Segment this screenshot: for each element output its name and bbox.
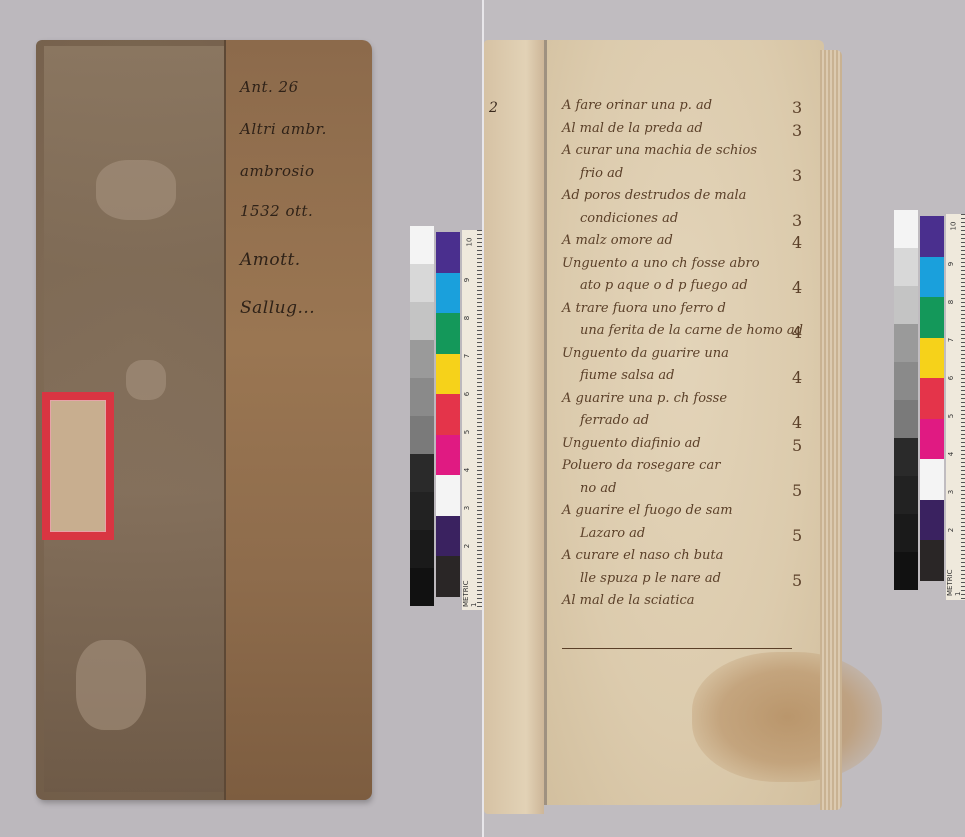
remedy-text: lle spuza p le nare ad: [580, 571, 721, 586]
shelf-label: [42, 392, 114, 540]
remedy-entry: Unguento da guarire una: [562, 346, 822, 369]
remedy-entry: Unguento diafinio ad5: [562, 436, 822, 459]
book-cover: Ant. 26 Altri ambr. ambrosio 1532 ott. A…: [36, 40, 370, 800]
folio-number: 5: [792, 526, 802, 545]
metric-ruler: 10 9 8 7 6 5 4 3 2 METRIC 1: [946, 214, 965, 600]
remedy-text: Unguento da guarire una: [562, 346, 729, 361]
remedy-entry: Unguento a uno ch fosse abro: [562, 256, 822, 279]
folio-number: 3: [792, 166, 802, 185]
remedy-entry: A curare el naso ch buta: [562, 548, 822, 571]
remedy-entry: una ferita de la carne de homo ad4: [562, 323, 822, 346]
remedy-entry: Lazaro ad5: [562, 526, 822, 549]
folio-number: 3: [792, 121, 802, 140]
remedy-text: frio ad: [580, 166, 623, 181]
remedy-entry: A trare fuora uno ferro d: [562, 301, 822, 324]
spine-inscription-line: Amott.: [240, 250, 301, 270]
margin-mark: 2: [489, 100, 498, 116]
remedy-entry: frio ad3: [562, 166, 822, 189]
remedy-text: A fare orinar una p. ad: [562, 98, 712, 113]
remedy-entry: condiciones ad3: [562, 211, 822, 234]
remedy-text: condiciones ad: [580, 211, 678, 226]
remedy-entry: Al mal de la sciatica: [562, 593, 822, 616]
remedy-text: Al mal de la sciatica: [562, 593, 695, 608]
color-calibration-chart: 10 9 8 7 6 5 4 3 2 METRIC 1: [894, 210, 965, 600]
remedy-text: A guarire una p. ch fosse: [562, 391, 727, 406]
shelf-label-inner: [50, 400, 106, 532]
folio-number: 4: [792, 233, 802, 252]
worn-patch: [96, 160, 176, 220]
folio-number: 5: [792, 436, 802, 455]
remedy-entry: A guarire una p. ch fosse: [562, 391, 822, 414]
worn-patch: [76, 640, 146, 730]
spine-inscription-line: Sallug...: [240, 298, 315, 318]
folio-number: 3: [792, 98, 802, 117]
remedy-entry: Ad poros destrudos de mala: [562, 188, 822, 211]
folio-number: 4: [792, 278, 802, 297]
remedy-text: Poluero da rosegare car: [562, 458, 720, 473]
color-calibration-chart: 10 9 8 7 6 5 4 3 2 METRIC 1: [410, 226, 482, 611]
left-photo-panel: Ant. 26 Altri ambr. ambrosio 1532 ott. A…: [0, 0, 482, 837]
remedy-index-list: A fare orinar una p. ad3Al mal de la pre…: [562, 98, 822, 616]
gray-scale-strip: [894, 210, 918, 590]
page-gutter: [544, 40, 547, 805]
remedy-entry: Al mal de la preda ad3: [562, 121, 822, 144]
remedy-entry: ferrado ad4: [562, 413, 822, 436]
remedy-text: ferrado ad: [580, 413, 649, 428]
remedy-entry: Poluero da rosegare car: [562, 458, 822, 481]
remedy-entry: A guarire el fuogo de sam: [562, 503, 822, 526]
worn-patch: [126, 360, 166, 400]
folio-number: 4: [792, 368, 802, 387]
cover-flap: Ant. 26 Altri ambr. ambrosio 1532 ott. A…: [224, 40, 372, 800]
metric-ruler: 10 9 8 7 6 5 4 3 2 METRIC 1: [462, 230, 484, 610]
page-edges: [820, 50, 842, 810]
facing-page-edge: [484, 40, 544, 814]
remedy-text: A curare el naso ch buta: [562, 548, 723, 563]
color-patch-strip: [436, 232, 460, 597]
remedy-text: Lazaro ad: [580, 526, 645, 541]
remedy-text: A curar una machia de schios: [562, 143, 757, 158]
folio-number: 4: [792, 413, 802, 432]
spine-inscription-line: Ant. 26: [240, 78, 299, 96]
spine-inscription-line: ambrosio: [240, 162, 315, 180]
remedy-text: Unguento diafinio ad: [562, 436, 701, 451]
remedy-text: A trare fuora uno ferro d: [562, 301, 726, 316]
remedy-text: no ad: [580, 481, 616, 496]
folio-number: 5: [792, 481, 802, 500]
folio-number: 4: [792, 323, 802, 342]
final-entry-underline: [562, 648, 792, 649]
folio-number: 5: [792, 571, 802, 590]
remedy-text: A malz omore ad: [562, 233, 673, 248]
spine-inscription-line: 1532 ott.: [240, 202, 313, 220]
gray-scale-strip: [410, 226, 434, 606]
remedy-entry: fiume salsa ad4: [562, 368, 822, 391]
color-patch-strip: [920, 216, 944, 581]
remedy-text: Al mal de la preda ad: [562, 121, 703, 136]
folio-number: 3: [792, 211, 802, 230]
remedy-text: Ad poros destrudos de mala: [562, 188, 746, 203]
remedy-entry: lle spuza p le nare ad5: [562, 571, 822, 594]
remedy-text: fiume salsa ad: [580, 368, 674, 383]
remedy-text: Unguento a uno ch fosse abro: [562, 256, 760, 271]
spine-inscription-line: Altri ambr.: [240, 120, 327, 138]
remedy-entry: no ad5: [562, 481, 822, 504]
remedy-entry: A fare orinar una p. ad3: [562, 98, 822, 121]
remedy-text: ato p aque o d p fuego ad: [580, 278, 748, 293]
remedy-entry: A malz omore ad4: [562, 233, 822, 256]
remedy-text: una ferita de la carne de homo ad: [580, 323, 803, 338]
remedy-text: A guarire el fuogo de sam: [562, 503, 733, 518]
right-photo-panel: 2 A fare orinar una p. ad3Al mal de la p…: [484, 0, 965, 837]
water-stain: [692, 652, 882, 782]
remedy-entry: A curar una machia de schios: [562, 143, 822, 166]
remedy-entry: ato p aque o d p fuego ad4: [562, 278, 822, 301]
